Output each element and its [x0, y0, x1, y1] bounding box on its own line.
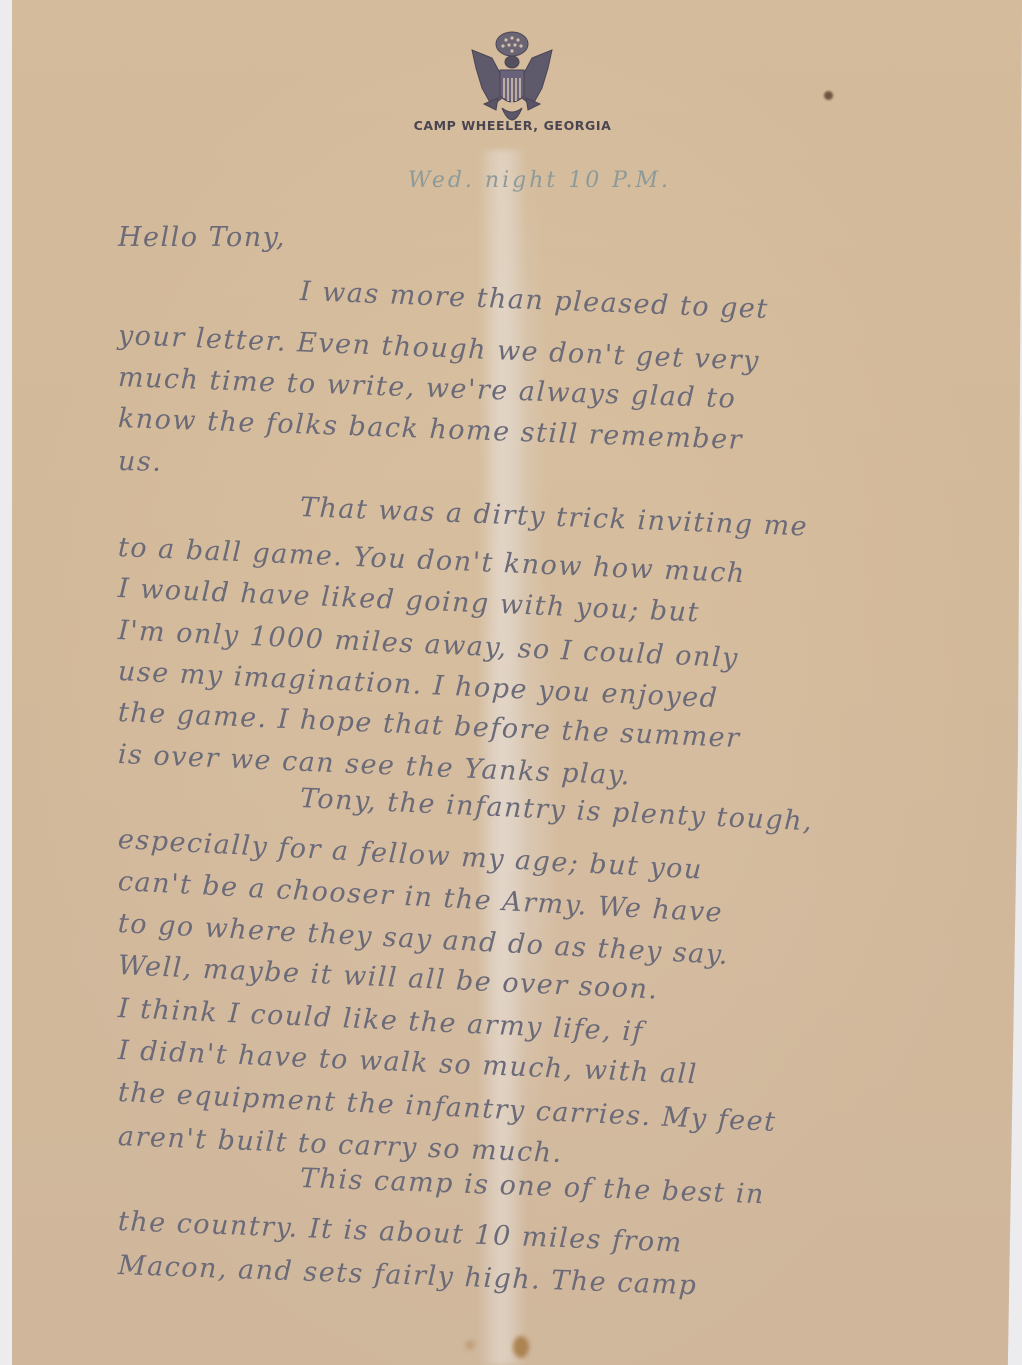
- scanned-letter-page: CAMP WHEELER, GEORGIA Wed. night 10 P.M.…: [0, 0, 1022, 1365]
- stain-spot: [465, 1340, 475, 1350]
- dateline: Wed. night 10 P.M.: [408, 168, 671, 193]
- letter-line: us.: [118, 446, 163, 478]
- letterhead-location: CAMP WHEELER, GEORGIA: [405, 118, 620, 133]
- stain-spot: [513, 1336, 529, 1358]
- salutation: Hello Tony,: [118, 222, 286, 253]
